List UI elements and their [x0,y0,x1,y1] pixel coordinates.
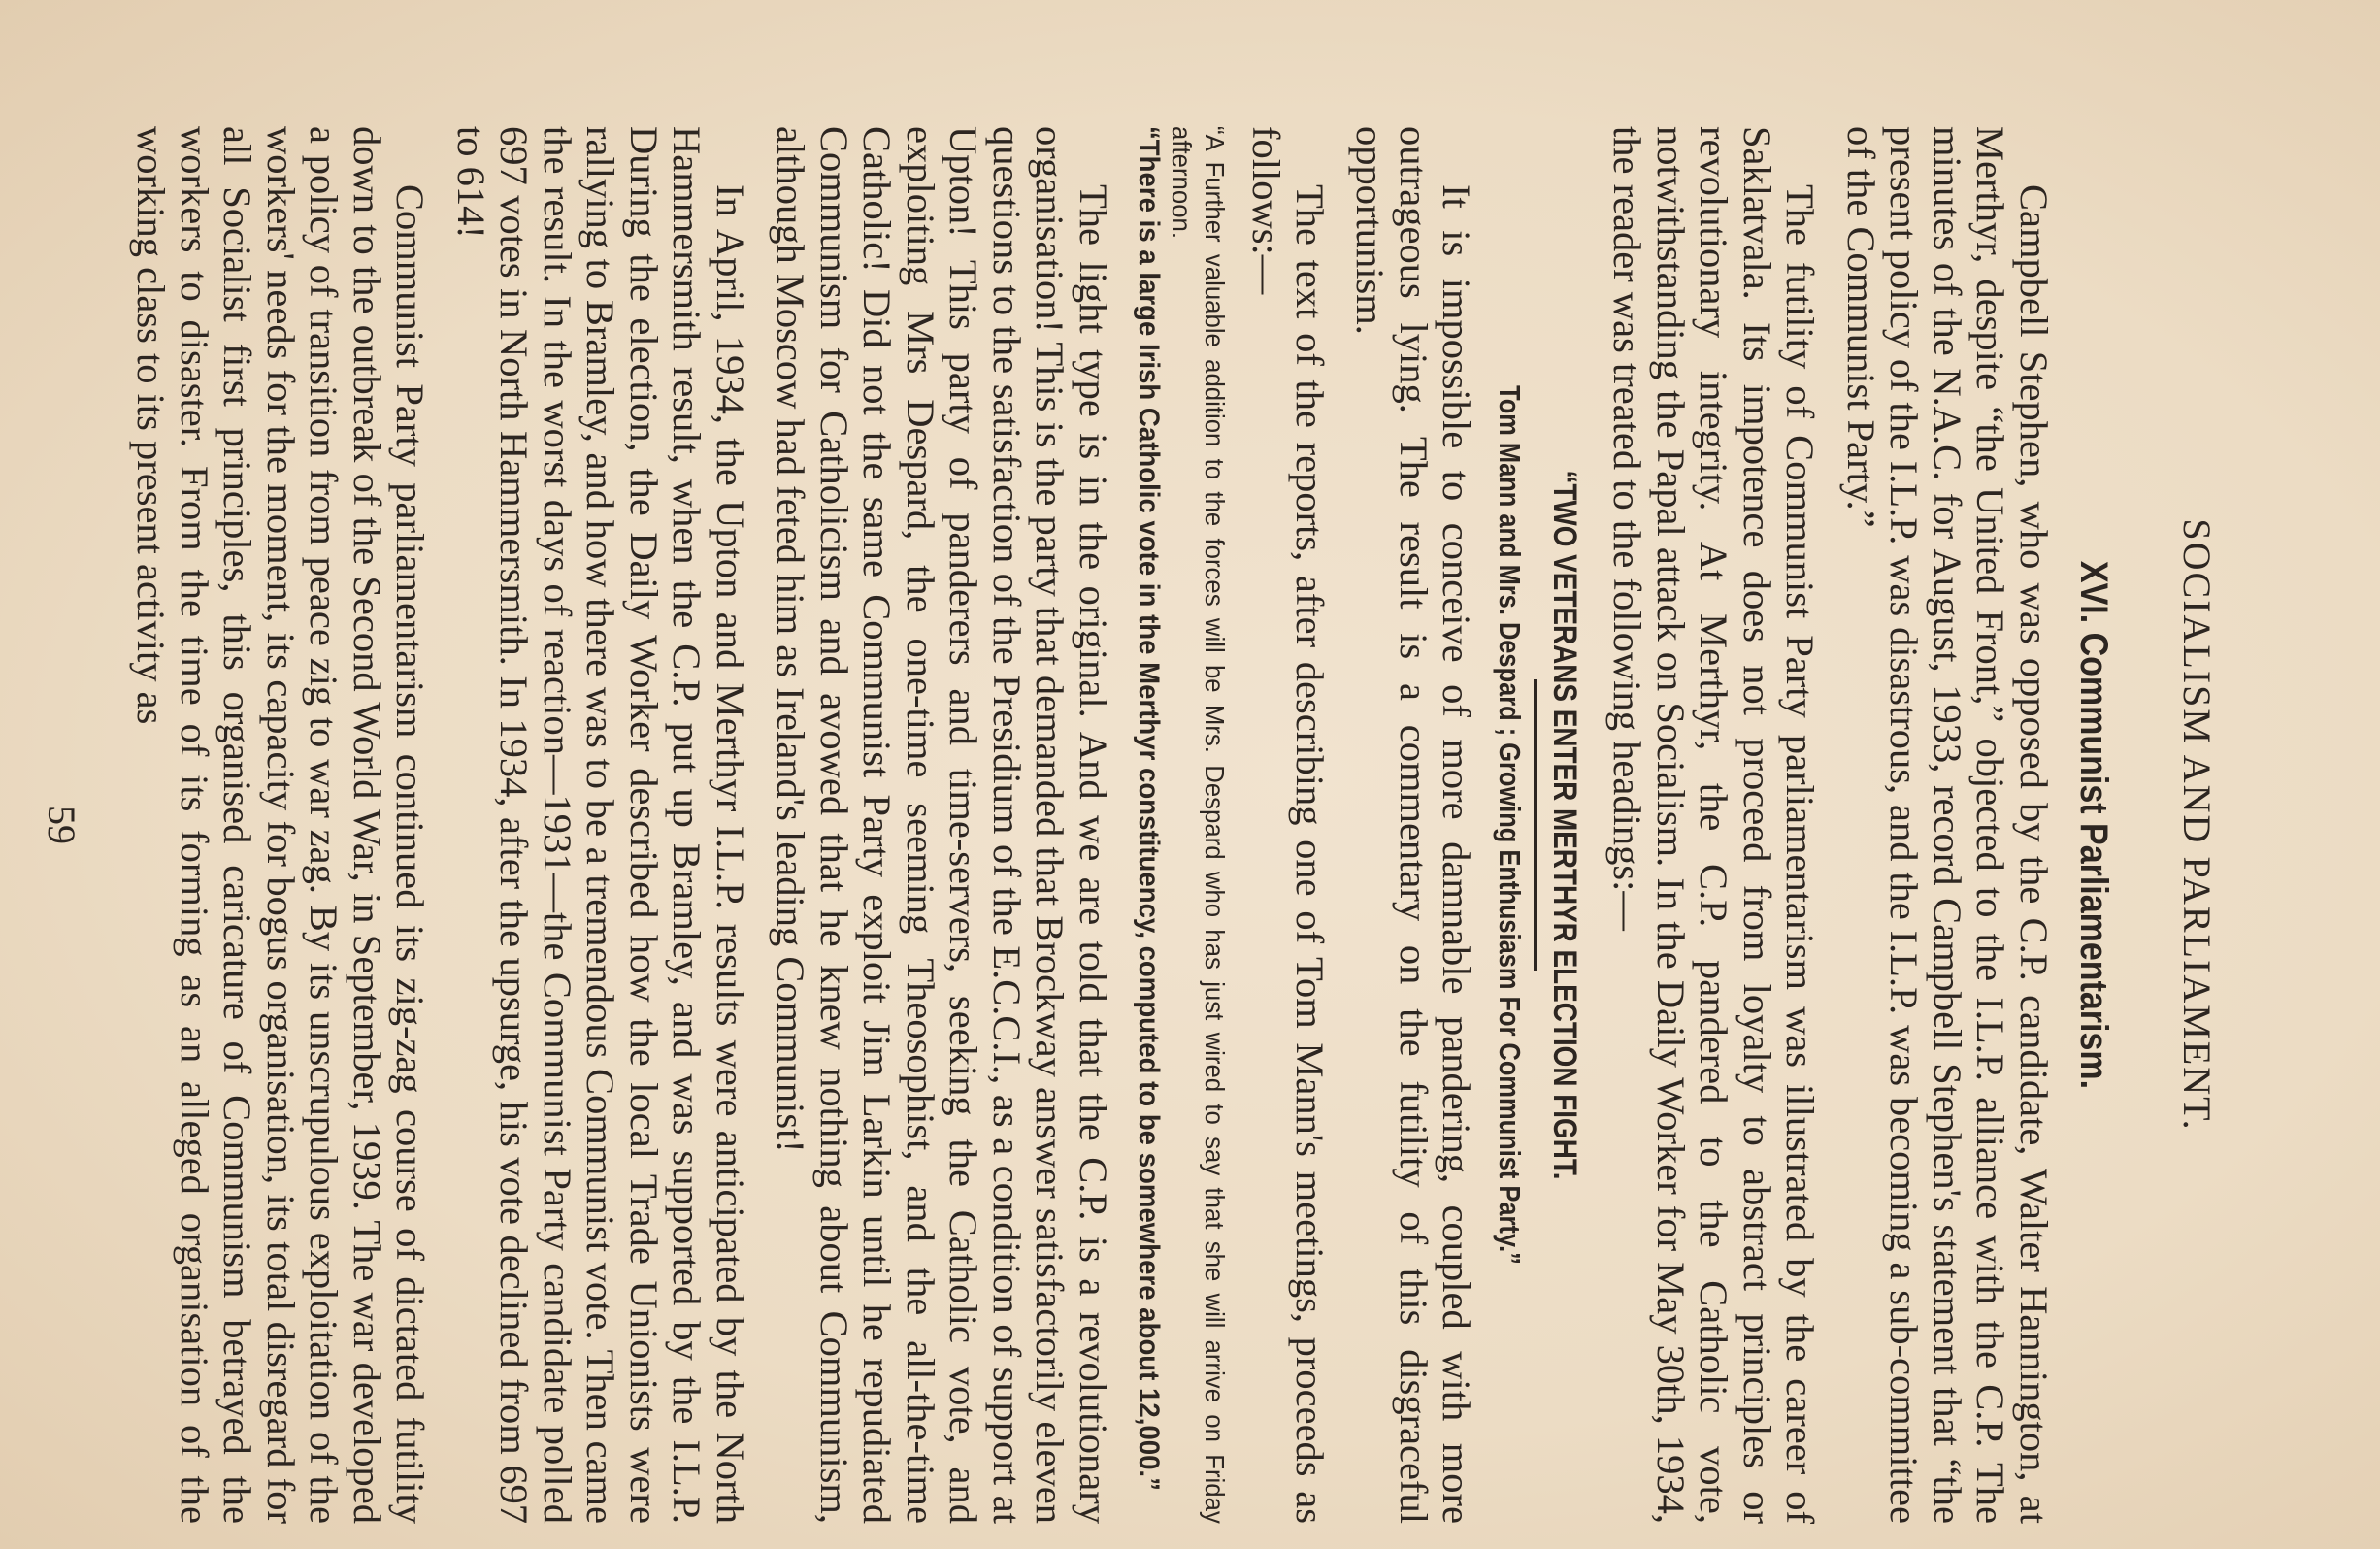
quoted-report: “A Further valuable addition to the forc… [1132,126,1231,1524]
quote-light: “A Further valuable addition to the forc… [1165,126,1231,1524]
paragraph: Campbell Stephen, who was opposed by the… [1839,126,2056,1524]
page-body: Campbell Stephen, who was opposed by the… [129,126,2055,1524]
paragraph: Communist Party parliamentarism continue… [129,126,432,1524]
page-number: 59 [39,126,84,1524]
paragraph: In April, 1934, the Upton and Merthyr I.… [449,126,752,1524]
paragraph: The light type is in the original. And w… [769,126,1114,1524]
paragraph: The futility of Communist Party parliame… [1605,126,1822,1524]
running-head: SOCIALISM AND PARLIAMENT. [2174,126,2220,1524]
headline-title: “TWO VETERANS ENTER MERTHYR ELECTION FIG… [1543,252,1587,1399]
quote-bold: “There is a large Irish Catholic vote in… [1132,126,1165,1524]
headline-subtitle: Tom Mann and Mrs. Despard ; Growing Enth… [1492,252,1529,1399]
section-title: XVI. Communist Parliamentarism. [2071,231,2115,1419]
headline-rule [1535,679,1537,971]
book-page: SOCIALISM AND PARLIAMENT. XVI. Communist… [0,0,2380,1549]
paragraph: It is impossible to conceive of more dam… [1348,126,1478,1524]
paragraph: The text of the reports, after describin… [1244,126,1331,1524]
newspaper-headline: “TWO VETERANS ENTER MERTHYR ELECTION FIG… [1492,126,1587,1524]
